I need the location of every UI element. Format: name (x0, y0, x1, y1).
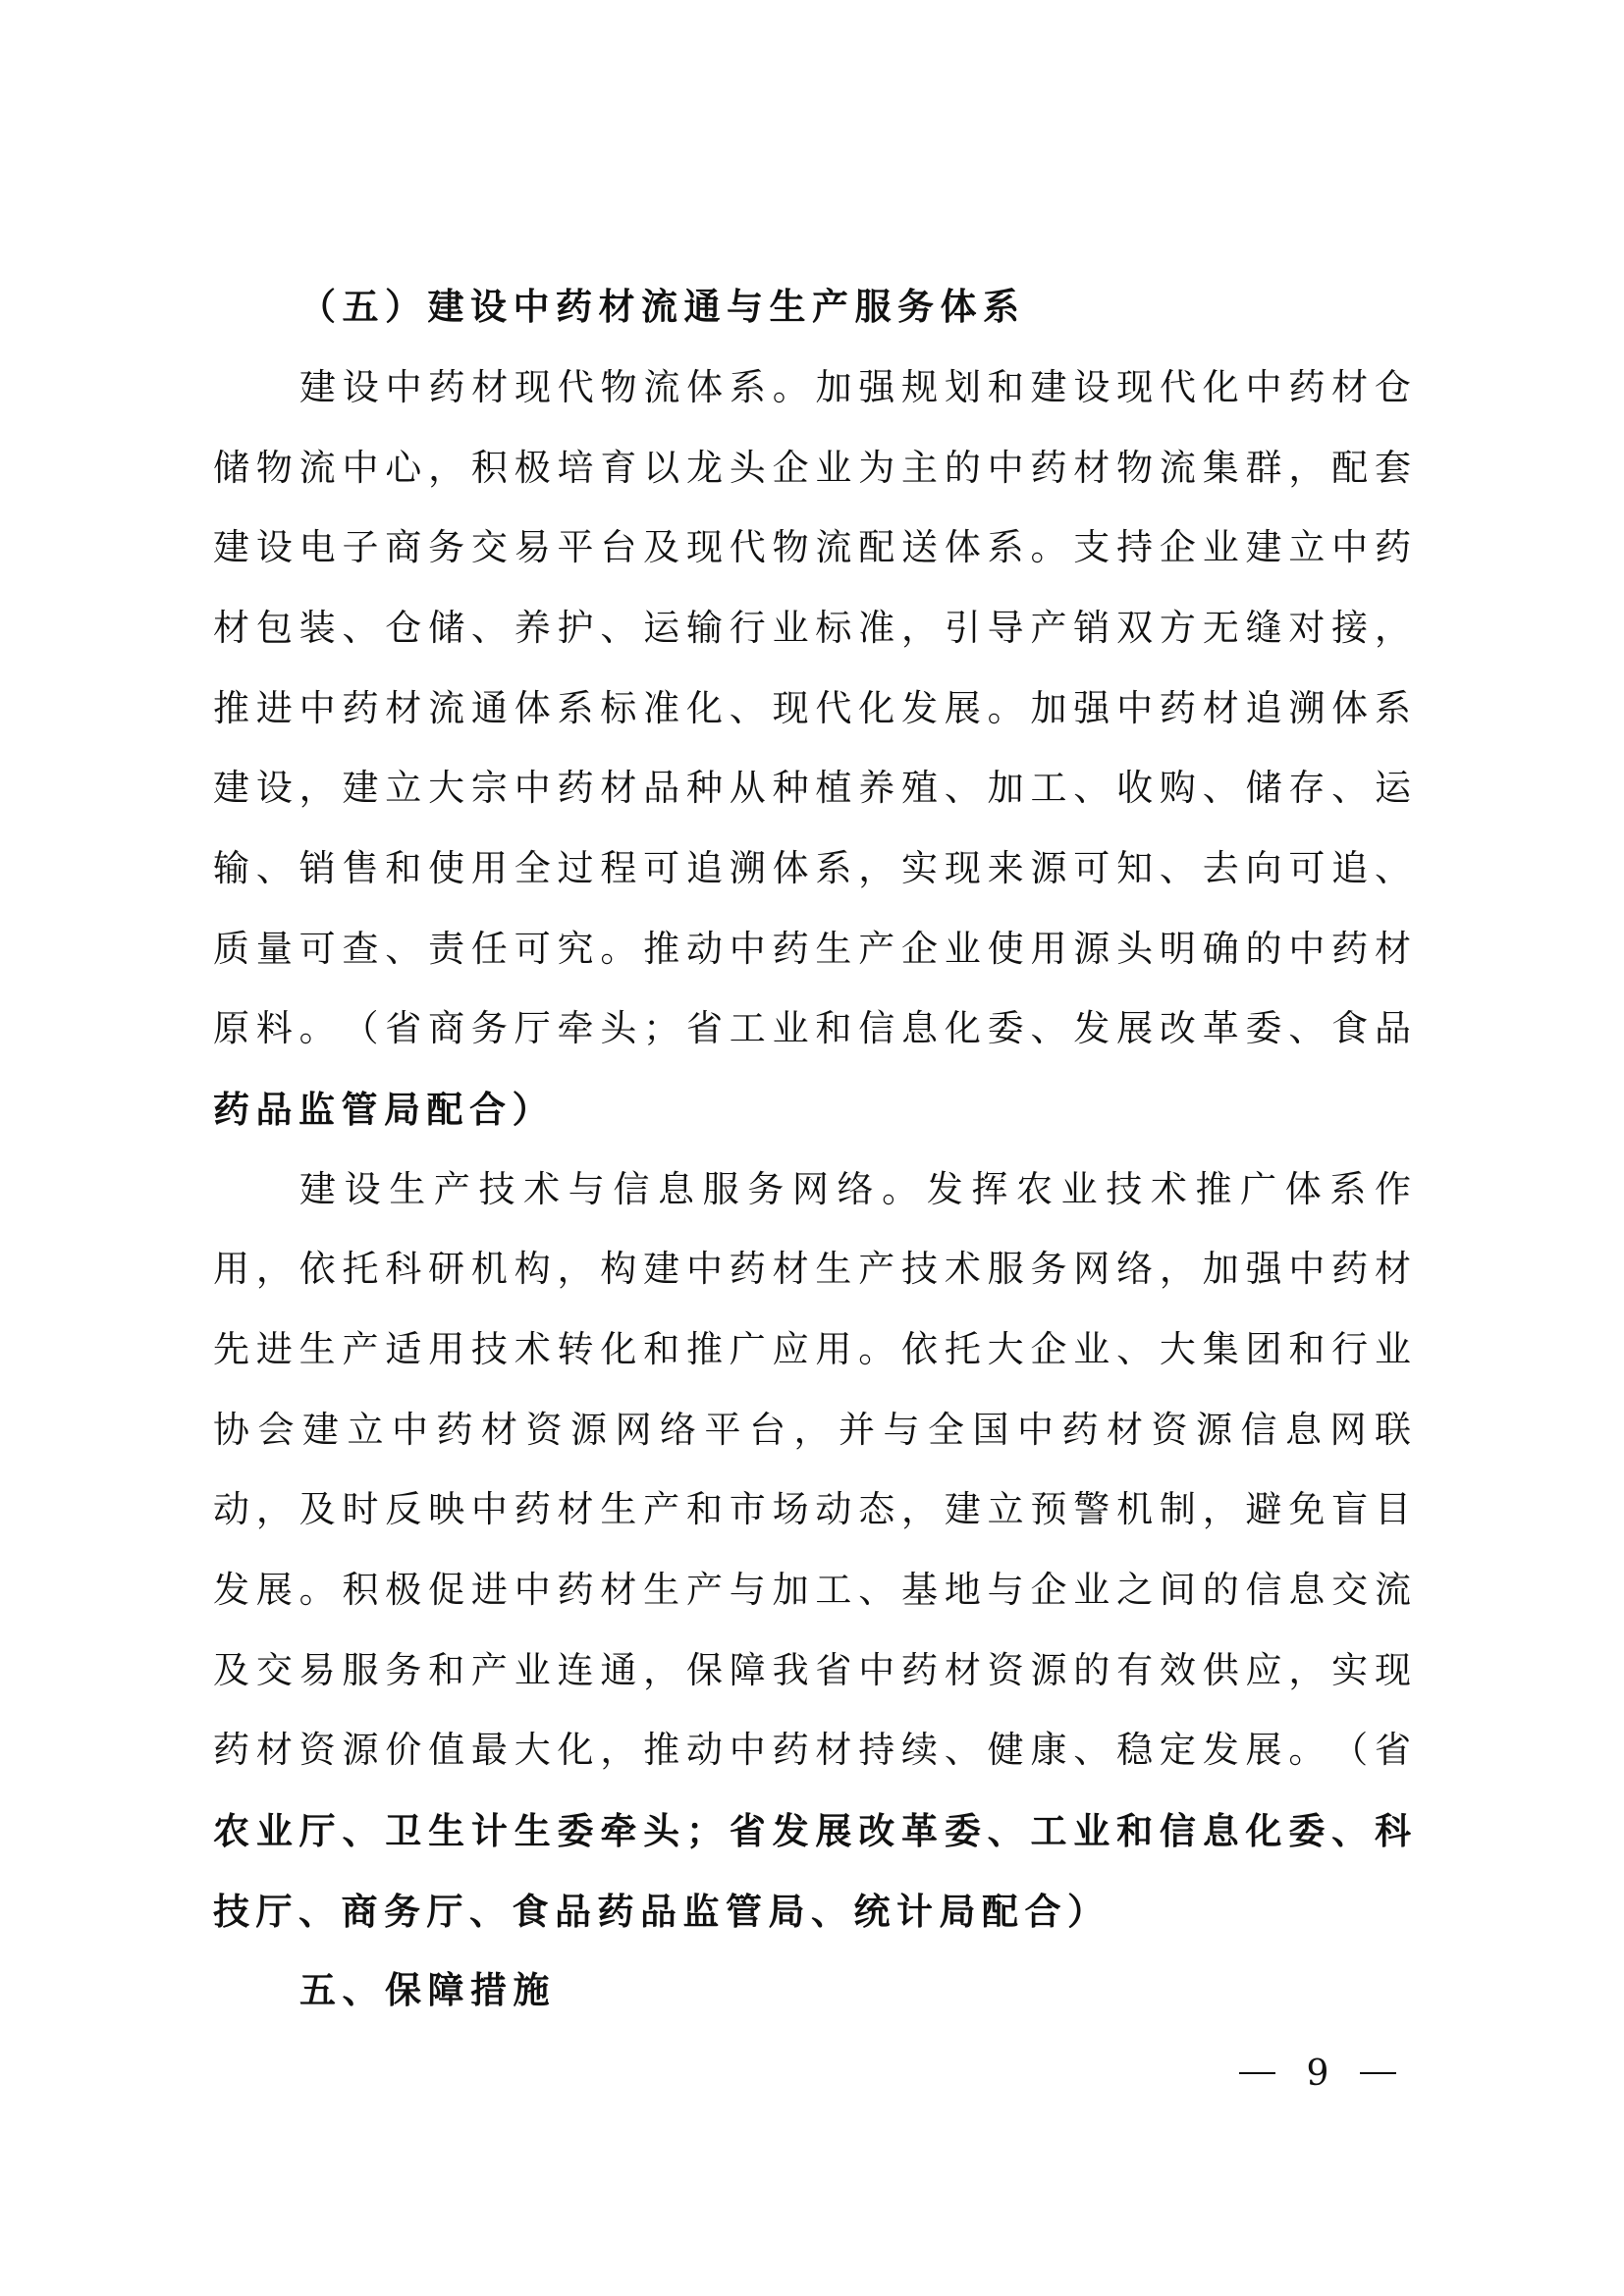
paragraph-1-line-9: 原料。（省商务厅牵头；省工业和信息化委、发展改革委、食品 (213, 988, 1411, 1069)
paragraph-text: 药材资源价值最大化，推动中药材持续、健康、稳定发展。（省 (213, 1710, 1411, 1790)
paragraph-text: 建设电子商务交易平台及现代物流配送体系。支持企业建立中药 (213, 507, 1411, 588)
paragraph-2-line-9: 农业厅、卫生计生委牵头；省发展改革委、工业和信息化委、科 (213, 1790, 1411, 1871)
section-heading-text: 五、保障措施 (299, 1950, 556, 2031)
subsection-heading-text: （五）建设中药材流通与生产服务体系 (299, 266, 1026, 347)
paragraph-text: 建设生产技术与信息服务网络。发挥农业技术推广体系作 (299, 1149, 1411, 1230)
paragraph-text: 动，及时反映中药材生产和市场动态，建立预警机制，避免盲目 (213, 1469, 1411, 1550)
paragraph-text: 先进生产适用技术转化和推广应用。依托大企业、大集团和行业 (213, 1309, 1411, 1390)
page-number-text: 9 (1307, 2054, 1329, 2094)
dash-left-icon (1239, 2072, 1275, 2074)
paragraph-2-line-8: 药材资源价值最大化，推动中药材持续、健康、稳定发展。（省 (213, 1710, 1411, 1790)
paragraph-2-line-6: 发展。积极促进中药材生产与加工、基地与企业之间的信息交流 (213, 1550, 1411, 1630)
paragraph-text: 材包装、仓储、养护、运输行业标准，引导产销双方无缝对接， (213, 588, 1411, 668)
attribution-text: 农业厅、卫生计生委牵头；省发展改革委、工业和信息化委、科 (213, 1790, 1411, 1871)
paragraph-1-line-1: 建设中药材现代物流体系。加强规划和建设现代化中药材仓 (299, 347, 1411, 428)
paragraph-1-line-4: 材包装、仓储、养护、运输行业标准，引导产销双方无缝对接， (213, 588, 1411, 668)
paragraph-2-line-10: 技厅、商务厅、食品药品监管局、统计局配合） (213, 1871, 1411, 1951)
document-page: （五）建设中药材流通与生产服务体系 建设中药材现代物流体系。加强规划和建设现代化… (0, 0, 1624, 2296)
paragraph-text: 及交易服务和产业连通，保障我省中药材资源的有效供应，实现 (213, 1630, 1411, 1711)
paragraph-2-line-3: 先进生产适用技术转化和推广应用。依托大企业、大集团和行业 (213, 1309, 1411, 1390)
subsection-heading: （五）建设中药材流通与生产服务体系 (299, 266, 1411, 347)
paragraph-text: 质量可查、责任可究。推动中药生产企业使用源头明确的中药材 (213, 909, 1411, 989)
paragraph-text: 用，依托科研机构，构建中药材生产技术服务网络，加强中药材 (213, 1229, 1411, 1309)
paragraph-text: 原料。（省商务厅牵头；省工业和信息化委、发展改革委、食品 (213, 988, 1411, 1069)
paragraph-2-line-1: 建设生产技术与信息服务网络。发挥农业技术推广体系作 (299, 1149, 1411, 1230)
paragraph-2-line-7: 及交易服务和产业连通，保障我省中药材资源的有效供应，实现 (213, 1630, 1411, 1711)
paragraph-text: 发展。积极促进中药材生产与加工、基地与企业之间的信息交流 (213, 1550, 1411, 1630)
paragraph-1-line-10: 药品监管局配合） (213, 1069, 1411, 1149)
paragraph-2-line-4: 协会建立中药材资源网络平台，并与全国中药材资源信息网联 (213, 1390, 1411, 1470)
paragraph-1-line-8: 质量可查、责任可究。推动中药生产企业使用源头明确的中药材 (213, 909, 1411, 989)
paragraph-text: 储物流中心，积极培育以龙头企业为主的中药材物流集群，配套 (213, 428, 1411, 508)
paragraph-1-line-7: 输、销售和使用全过程可追溯体系，实现来源可知、去向可追、 (213, 828, 1411, 909)
attribution-text: 药品监管局配合） (213, 1069, 555, 1149)
paragraph-text: 输、销售和使用全过程可追溯体系，实现来源可知、去向可追、 (213, 828, 1411, 909)
attribution-text: 技厅、商务厅、食品药品监管局、统计局配合） (213, 1871, 1110, 1951)
paragraph-2-line-5: 动，及时反映中药材生产和市场动态，建立预警机制，避免盲目 (213, 1469, 1411, 1550)
paragraph-text: 推进中药材流通体系标准化、现代化发展。加强中药材追溯体系 (213, 668, 1411, 749)
paragraph-2-line-2: 用，依托科研机构，构建中药材生产技术服务网络，加强中药材 (213, 1229, 1411, 1309)
paragraph-text: 建设中药材现代物流体系。加强规划和建设现代化中药材仓 (299, 347, 1411, 428)
paragraph-1-line-6: 建设，建立大宗中药材品种从种植养殖、加工、收购、储存、运 (213, 748, 1411, 828)
paragraph-1-line-5: 推进中药材流通体系标准化、现代化发展。加强中药材追溯体系 (213, 668, 1411, 749)
paragraph-1-line-2: 储物流中心，积极培育以龙头企业为主的中药材物流集群，配套 (213, 428, 1411, 508)
page-number: 9 (1239, 2050, 1396, 2097)
paragraph-1-line-3: 建设电子商务交易平台及现代物流配送体系。支持企业建立中药 (213, 507, 1411, 588)
dash-right-icon (1360, 2072, 1396, 2074)
section-heading: 五、保障措施 (299, 1950, 1411, 2031)
paragraph-text: 协会建立中药材资源网络平台，并与全国中药材资源信息网联 (213, 1390, 1411, 1470)
paragraph-text: 建设，建立大宗中药材品种从种植养殖、加工、收购、储存、运 (213, 748, 1411, 828)
